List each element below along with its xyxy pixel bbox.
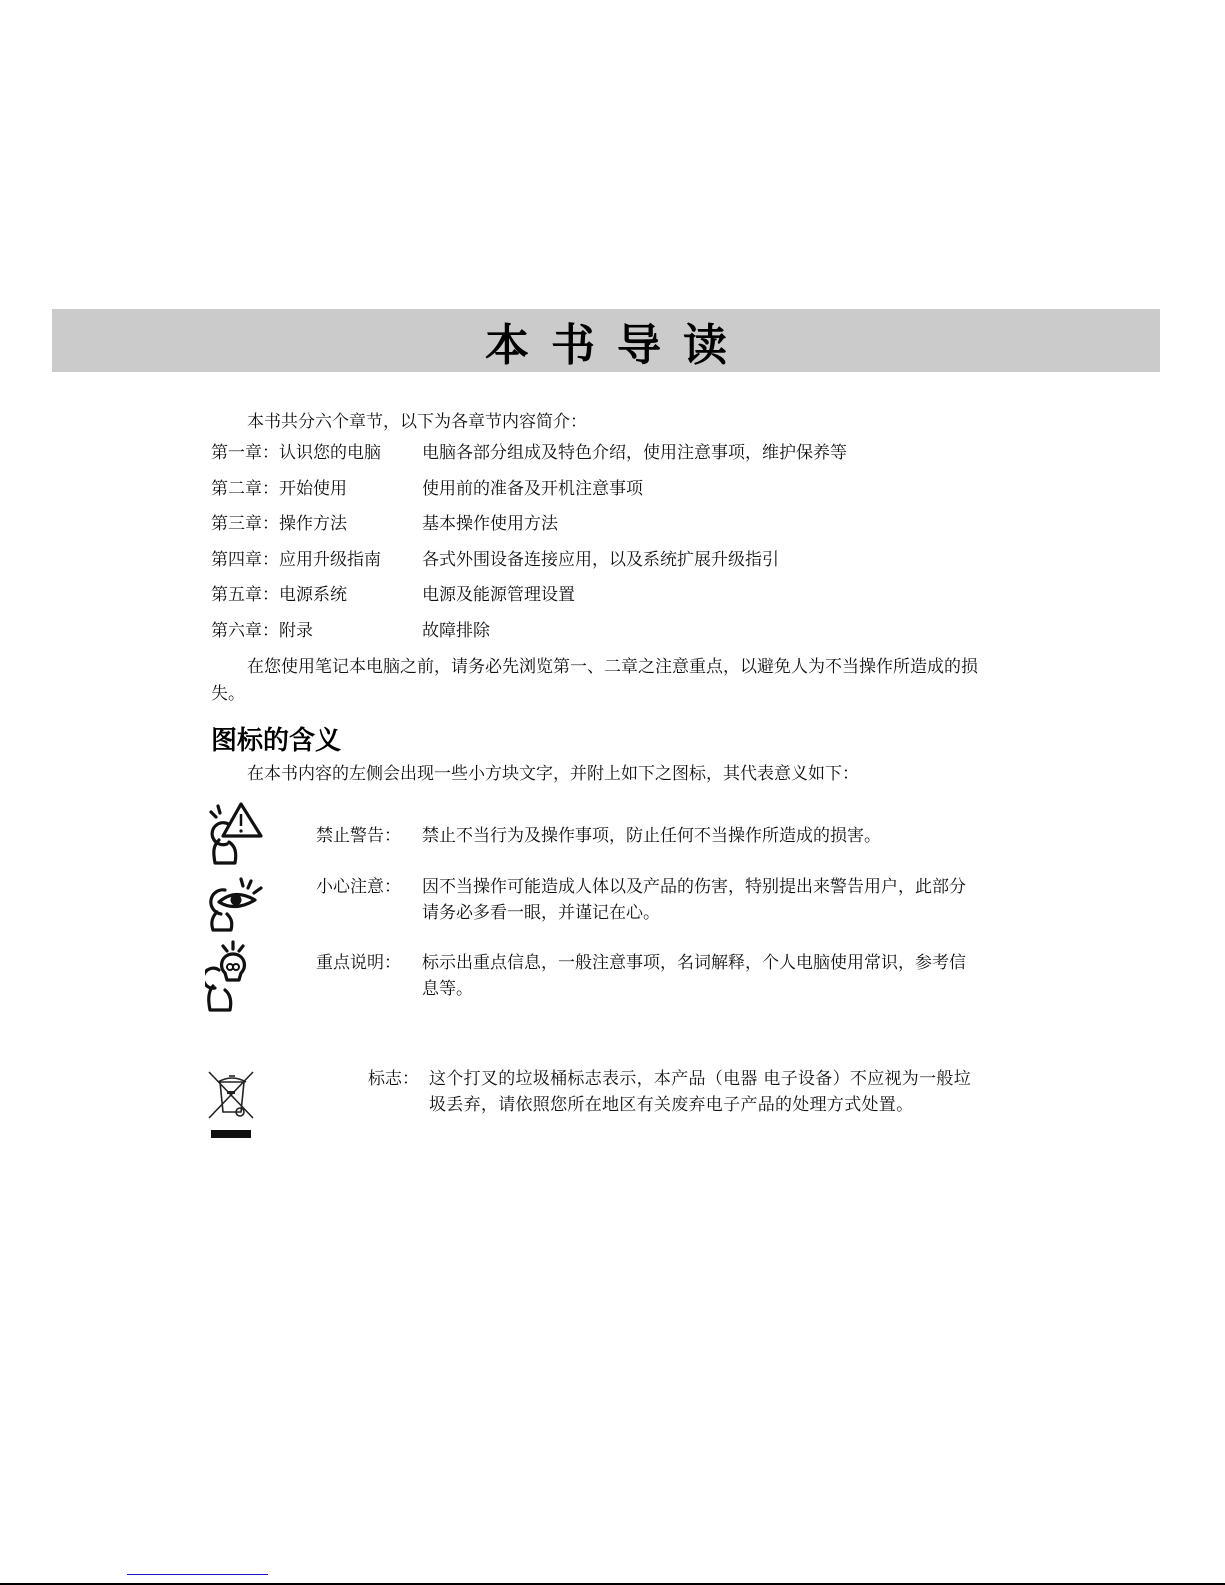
- chapter-label: 第四章：应用升级指南: [211, 548, 381, 572]
- chapter-desc: 基本操作使用方法: [422, 512, 558, 536]
- section-title: 图标的含义: [211, 720, 341, 757]
- title-banner: 本书导读: [52, 309, 1160, 372]
- crossed-bin-icon: [207, 1070, 257, 1140]
- weee-label: 标志：: [368, 1066, 419, 1092]
- chapter-desc: 电源及能源管理设置: [422, 583, 575, 607]
- intro-text: 本书共分六个章节，以下为各章节内容简介：: [247, 410, 587, 434]
- chapter-label: 第五章：电源系统: [211, 583, 347, 607]
- legend-desc: 禁止不当行为及操作事项，防止任何不当操作所造成的损害。: [422, 823, 982, 849]
- chapter-desc: 电脑各部分组成及特色介绍，使用注意事项，维护保养等: [422, 441, 847, 465]
- section-intro: 在本书内容的左侧会出现一些小方块文字，并附上如下之图标，其代表意义如下：: [247, 762, 859, 786]
- chapter-label: 第三章：操作方法: [211, 512, 347, 536]
- legend-desc: 因不当操作可能造成人体以及产品的伤害，特别提出来警告用户，此部分请务必多看一眼，…: [422, 874, 982, 926]
- chapter-desc: 使用前的准备及开机注意事项: [422, 477, 643, 501]
- legend-label: 重点说明：: [316, 950, 401, 976]
- chapter-desc: 各式外围设备连接应用，以及系统扩展升级指引: [422, 548, 779, 572]
- page-title: 本书导读: [463, 309, 749, 373]
- link-underline: [127, 1574, 268, 1575]
- chapter-desc: 故障排除: [422, 619, 490, 643]
- lightbulb-person-icon: [205, 940, 265, 1006]
- legend-label: 禁止警告：: [316, 823, 401, 849]
- eye-person-icon: [205, 876, 265, 942]
- legend-desc: 标示出重点信息，一般注意事项，名词解释，个人电脑使用常识，参考信息等。: [422, 950, 982, 1002]
- notice-paragraph: 在您使用笔记本电脑之前，请务必先浏览第一、二章之注意重点，以避免人为不当操作所造…: [211, 654, 981, 708]
- weee-desc: 这个打叉的垃圾桶标志表示，本产品（电器 电子设备）不应视为一般垃圾丢弃，请依照您…: [429, 1066, 981, 1118]
- legend-label: 小心注意：: [316, 874, 401, 900]
- chapter-label: 第二章：开始使用: [211, 477, 347, 501]
- chapter-label: 第一章：认识您的电脑: [211, 441, 381, 465]
- chapter-label: 第六章：附录: [211, 619, 313, 643]
- warning-person-icon: [205, 800, 265, 866]
